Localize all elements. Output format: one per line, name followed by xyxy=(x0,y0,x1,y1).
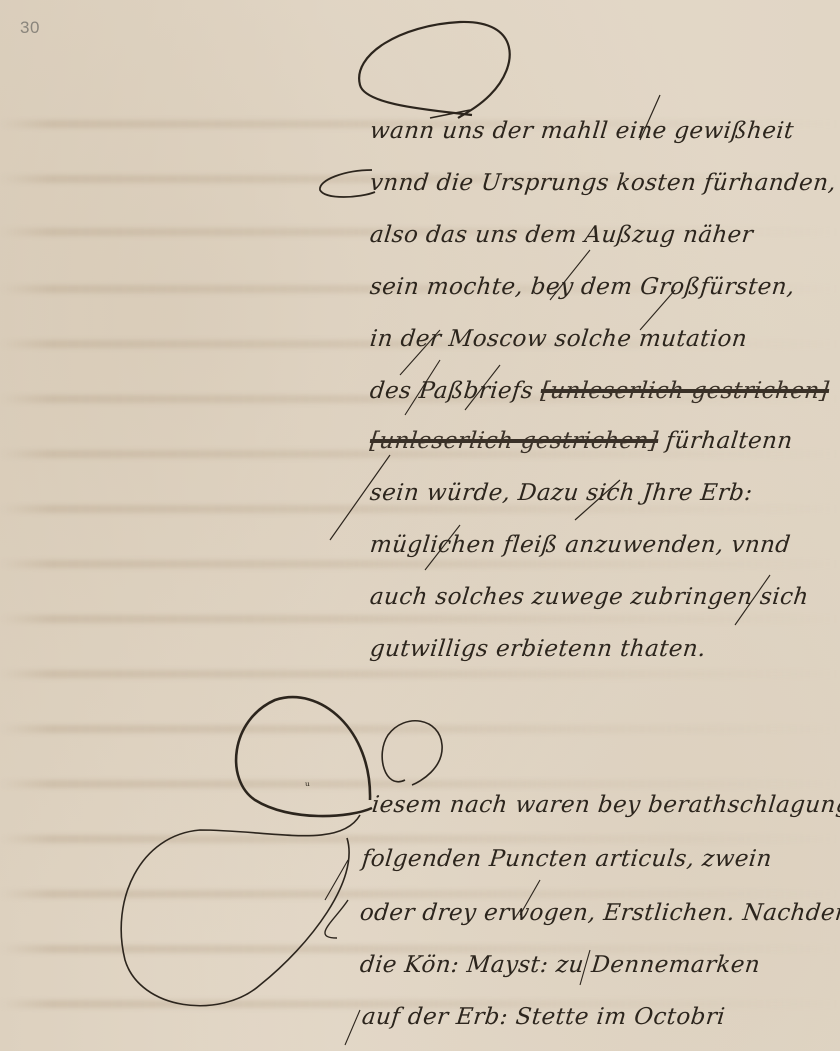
manuscript-line-partially-struck: des Paßbriefs [unleserlich gestrichen] xyxy=(369,378,831,404)
manuscript-line: also das uns dem Außzug näher xyxy=(369,222,755,248)
manuscript-line: vnnd die Ursprungs kosten fürhanden, xyxy=(369,170,838,196)
manuscript-line-partially-struck: [unleserlich gestrichen] fürhaltenn xyxy=(369,428,794,454)
manuscript-line: wann uns der mahll eine gewißheit xyxy=(369,118,795,144)
manuscript-line: müglichen fleiß anzuwenden, vnnd xyxy=(369,532,792,558)
manuscript-line: sein würde, Dazu sich Jhre Erb: xyxy=(369,480,754,506)
bleed-through-line xyxy=(0,780,840,788)
bleed-through-line xyxy=(0,890,840,898)
manuscript-line: folgenden Puncten articuls, zwein xyxy=(361,846,774,872)
line-text: fürhaltenn xyxy=(664,428,793,454)
manuscript-line: auf der Erb: Stette im Octobri xyxy=(361,1004,727,1030)
manuscript-line: oder drey erwogen, Erstlichen. Nachdem xyxy=(359,900,840,926)
bleed-through-line xyxy=(0,670,840,678)
manuscript-line: sein mochte, bey dem Großfürsten, xyxy=(369,274,796,300)
manuscript-line: gutwilligs erbietenn thaten. xyxy=(369,636,707,662)
bleed-through-line xyxy=(0,505,840,513)
bleed-through-line xyxy=(0,725,840,733)
line-text: des Paßbriefs xyxy=(369,378,535,404)
bleed-through-line xyxy=(0,560,840,568)
manuscript-line: die Kön: Mayst: zu Dennemarken xyxy=(359,952,762,978)
struck-out-text: [unleserlich gestrichen] xyxy=(369,428,660,454)
folio-number: 30 xyxy=(20,18,40,38)
bleed-through-line xyxy=(0,835,840,843)
manuscript-line: iesem nach waren bey berathschlagung xyxy=(371,792,840,818)
manuscript-line: auch solches zuwege zubringen sich xyxy=(369,584,810,610)
manuscript-line: in der Moscow solche mutation xyxy=(369,326,749,352)
manuscript-page: 30 ᵘ wann uns der mahll eine gewißheit v… xyxy=(0,0,840,1051)
bleed-through-line xyxy=(0,615,840,623)
struck-out-text: [unleserlich gestrichen] xyxy=(540,378,831,404)
